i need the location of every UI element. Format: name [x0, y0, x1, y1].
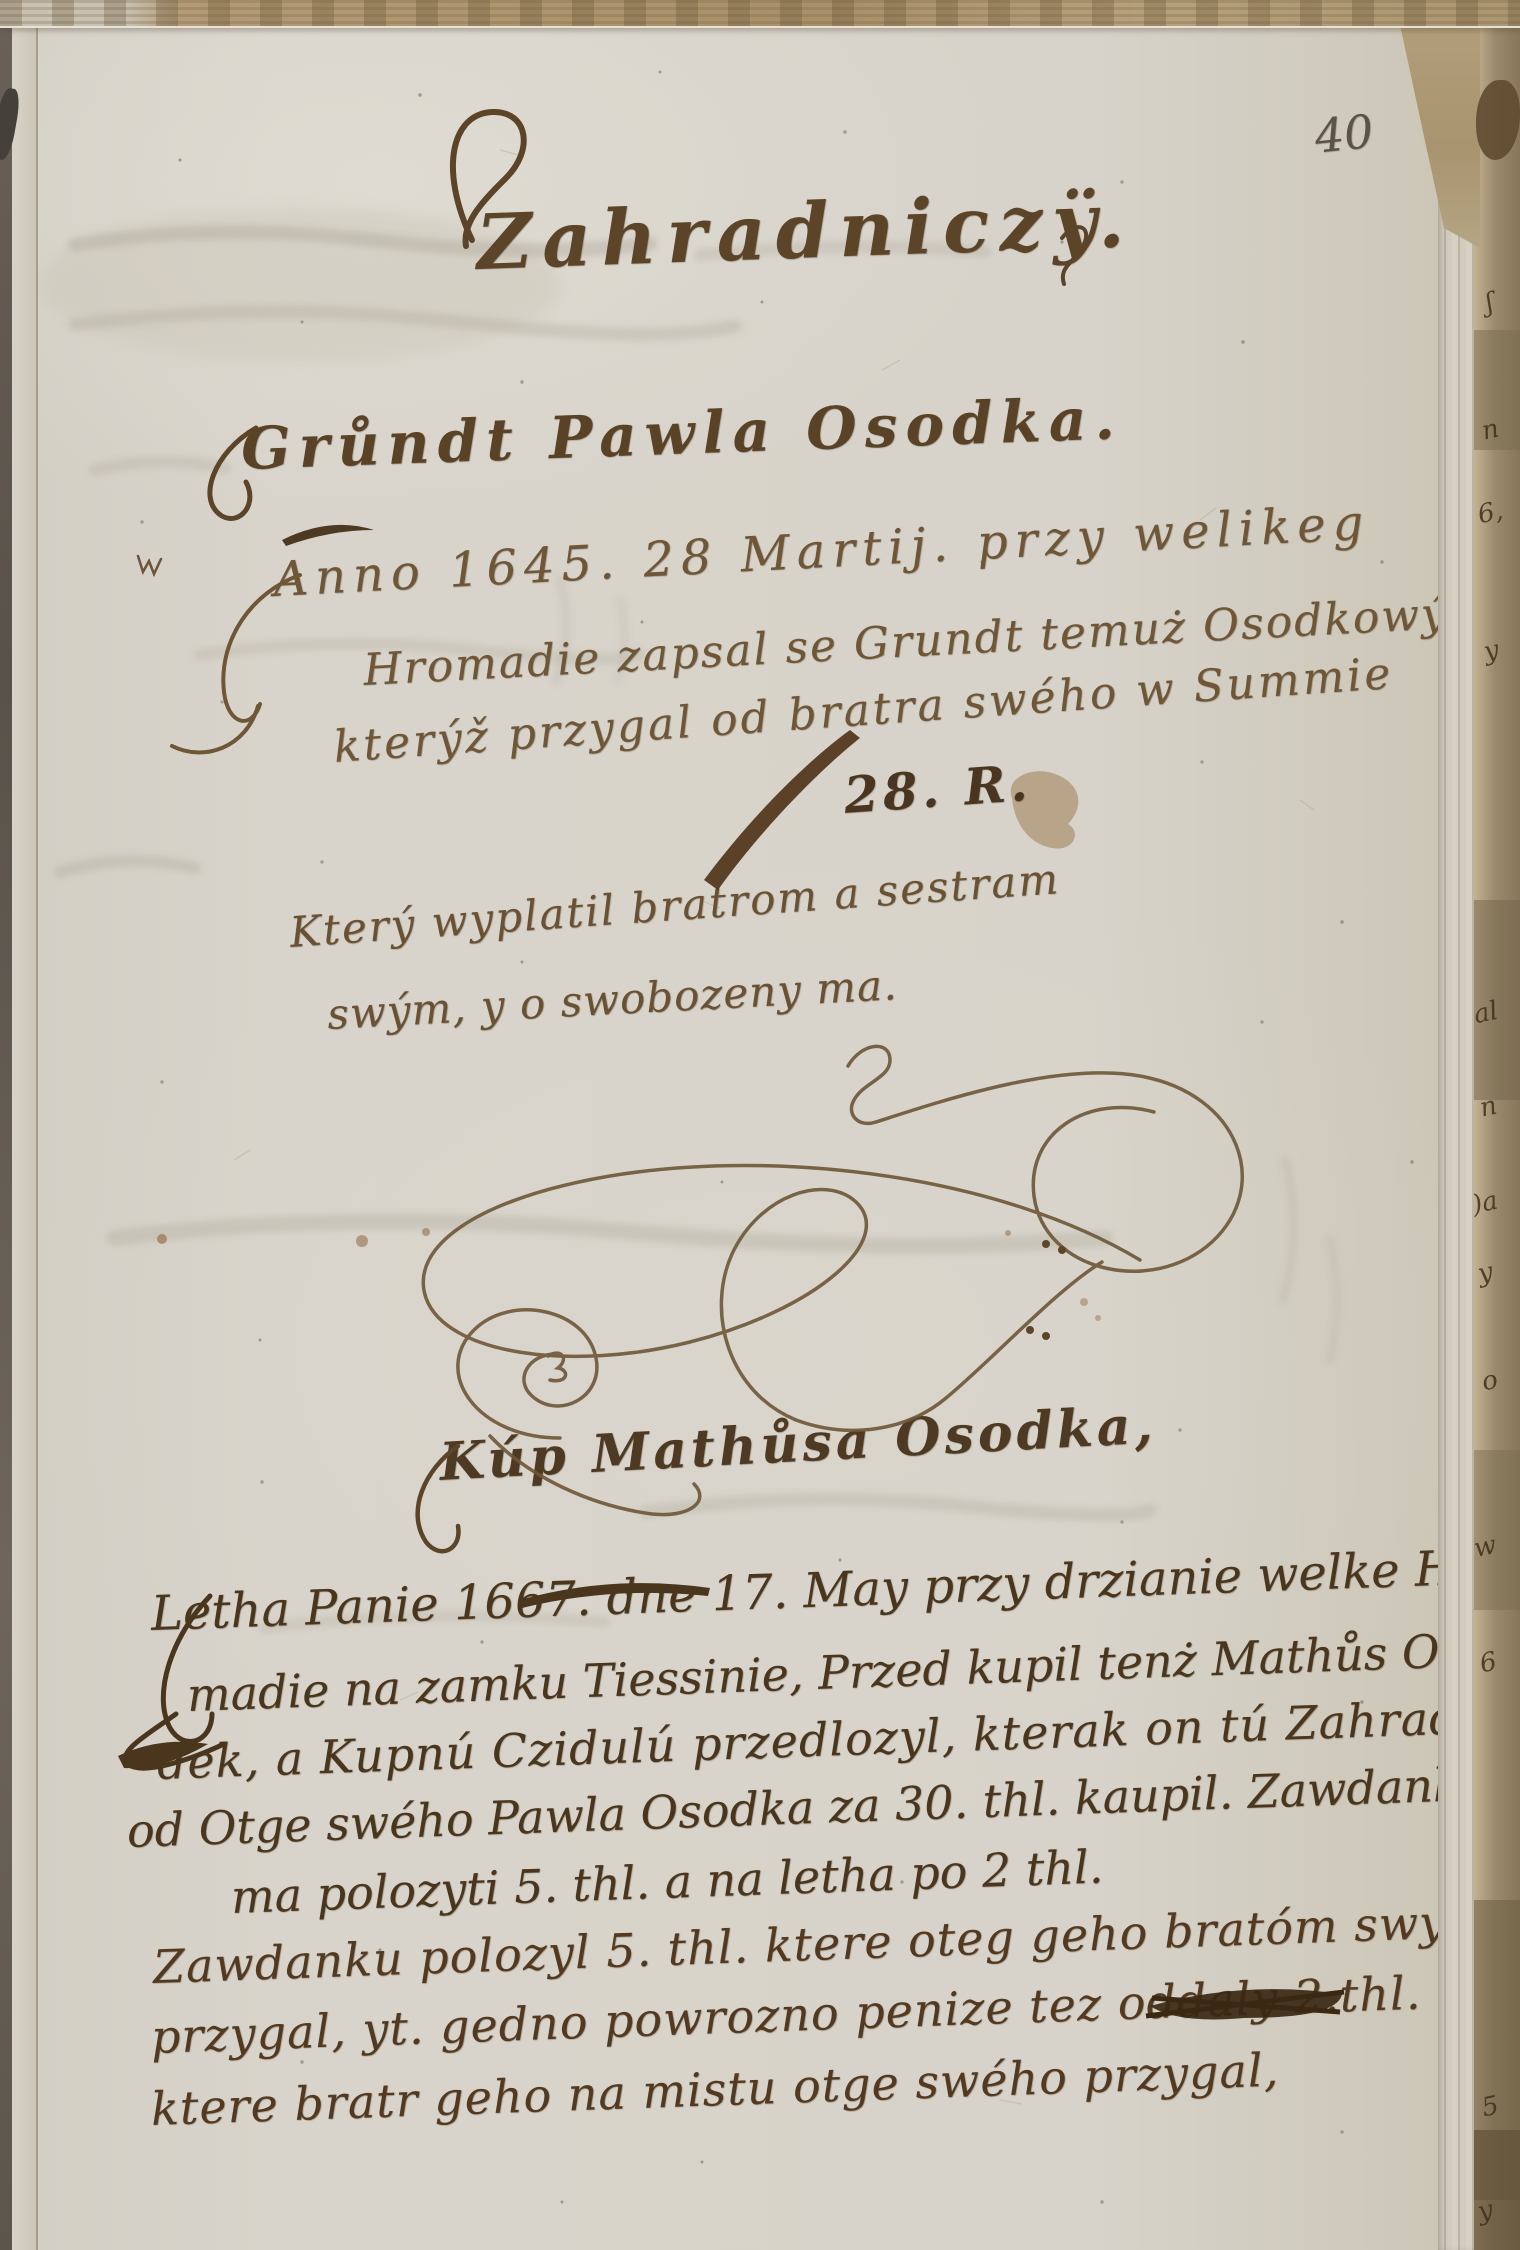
page-edge-ridge — [1438, 0, 1474, 2250]
entry-1645-line: Anno 1645. 28 Martij. przy welikeg — [272, 495, 1372, 608]
book-gutter-shadow — [0, 0, 12, 2250]
payment-note-line: Který wyplatil bratrom a sestram — [288, 854, 1062, 957]
torn-patch — [1474, 2130, 1520, 2250]
page-number: 40 — [1312, 104, 1376, 164]
manuscript-page: 40 Zahradniczÿ. Grůndt Pawla Osodka. Ann… — [0, 0, 1520, 2250]
amount-value: 28. R. — [842, 753, 1033, 825]
manuscript-photo: 40 Zahradniczÿ. Grůndt Pawla Osodka. Ann… — [0, 0, 1520, 2250]
next-page-text-fragment: )a — [1469, 1186, 1500, 1221]
section-title: Zahradniczÿ. — [475, 175, 1136, 287]
torn-patch — [1474, 1450, 1520, 1610]
underlying-page-edge-left — [12, 0, 38, 2250]
torn-page-edge — [1474, 0, 1520, 2250]
heading-grundt: Grůndt Pawla Osodka. — [240, 384, 1124, 483]
payment-note-line: swým, y o swobozeny ma. — [326, 960, 899, 1039]
entry-1667-line: Letha Panie 1667. dne 17. May przy drzia… — [150, 1538, 1520, 1642]
book-top-edge — [0, 0, 1520, 28]
heading-kup: Kúp Mathůsa Osodka, — [438, 1394, 1158, 1492]
